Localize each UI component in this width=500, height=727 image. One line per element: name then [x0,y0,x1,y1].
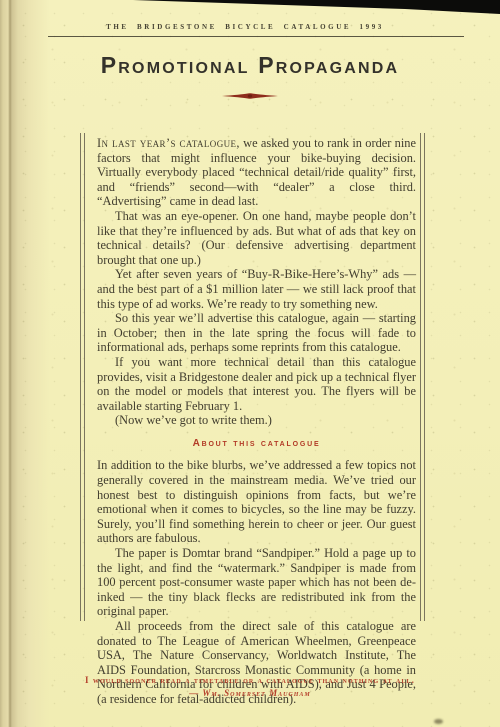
about-paragraphs: In addition to the bike blurbs, we’ve ad… [97,458,416,706]
paragraph-intro: In last year’s catalogue, we asked you t… [97,136,416,209]
catalogue-page: THE BRIDGESTONE BICYCLE CATALOGUE 1993 P… [0,0,500,727]
ornament-divider-icon [221,92,279,100]
paragraph: The paper is Domtar brand “Sandpiper.” H… [97,546,416,619]
article-body: In last year’s catalogue, we asked you t… [97,136,416,707]
paragraph: So this year we’ll advertise this catalo… [97,311,416,355]
lead-in-small-caps: In last year’s catalogue, [97,136,240,150]
intro-paragraphs: That was an eye-opener. On one hand, may… [97,209,416,428]
left-double-rule [80,133,85,621]
quote-text: I would sooner read a timetable or a cat… [0,675,500,685]
footer-quote: I would sooner read a timetable or a cat… [0,675,500,698]
section-heading: About this catalogue [97,437,416,452]
paragraph: In addition to the bike blurbs, we’ve ad… [97,458,416,546]
paragraph: Yet after seven years of “Buy-R-Bike-Her… [97,267,416,311]
page-number-smudge [434,719,443,724]
page-title: Promotional Propaganda [0,52,500,79]
masthead: THE BRIDGESTONE BICYCLE CATALOGUE 1993 [0,23,490,31]
paragraph: If you want more technical detail than t… [97,355,416,413]
quote-attribution: — Wm. Somerset Maugham [0,688,500,698]
right-double-rule [420,133,425,621]
paragraph: That was an eye-opener. On one hand, may… [97,209,416,267]
masthead-rule [48,36,464,37]
scanned-page-photo: THE BRIDGESTONE BICYCLE CATALOGUE 1993 P… [0,0,500,727]
paragraph: (Now we’ve got to write them.) [97,413,416,428]
book-spine-shading [0,0,50,727]
